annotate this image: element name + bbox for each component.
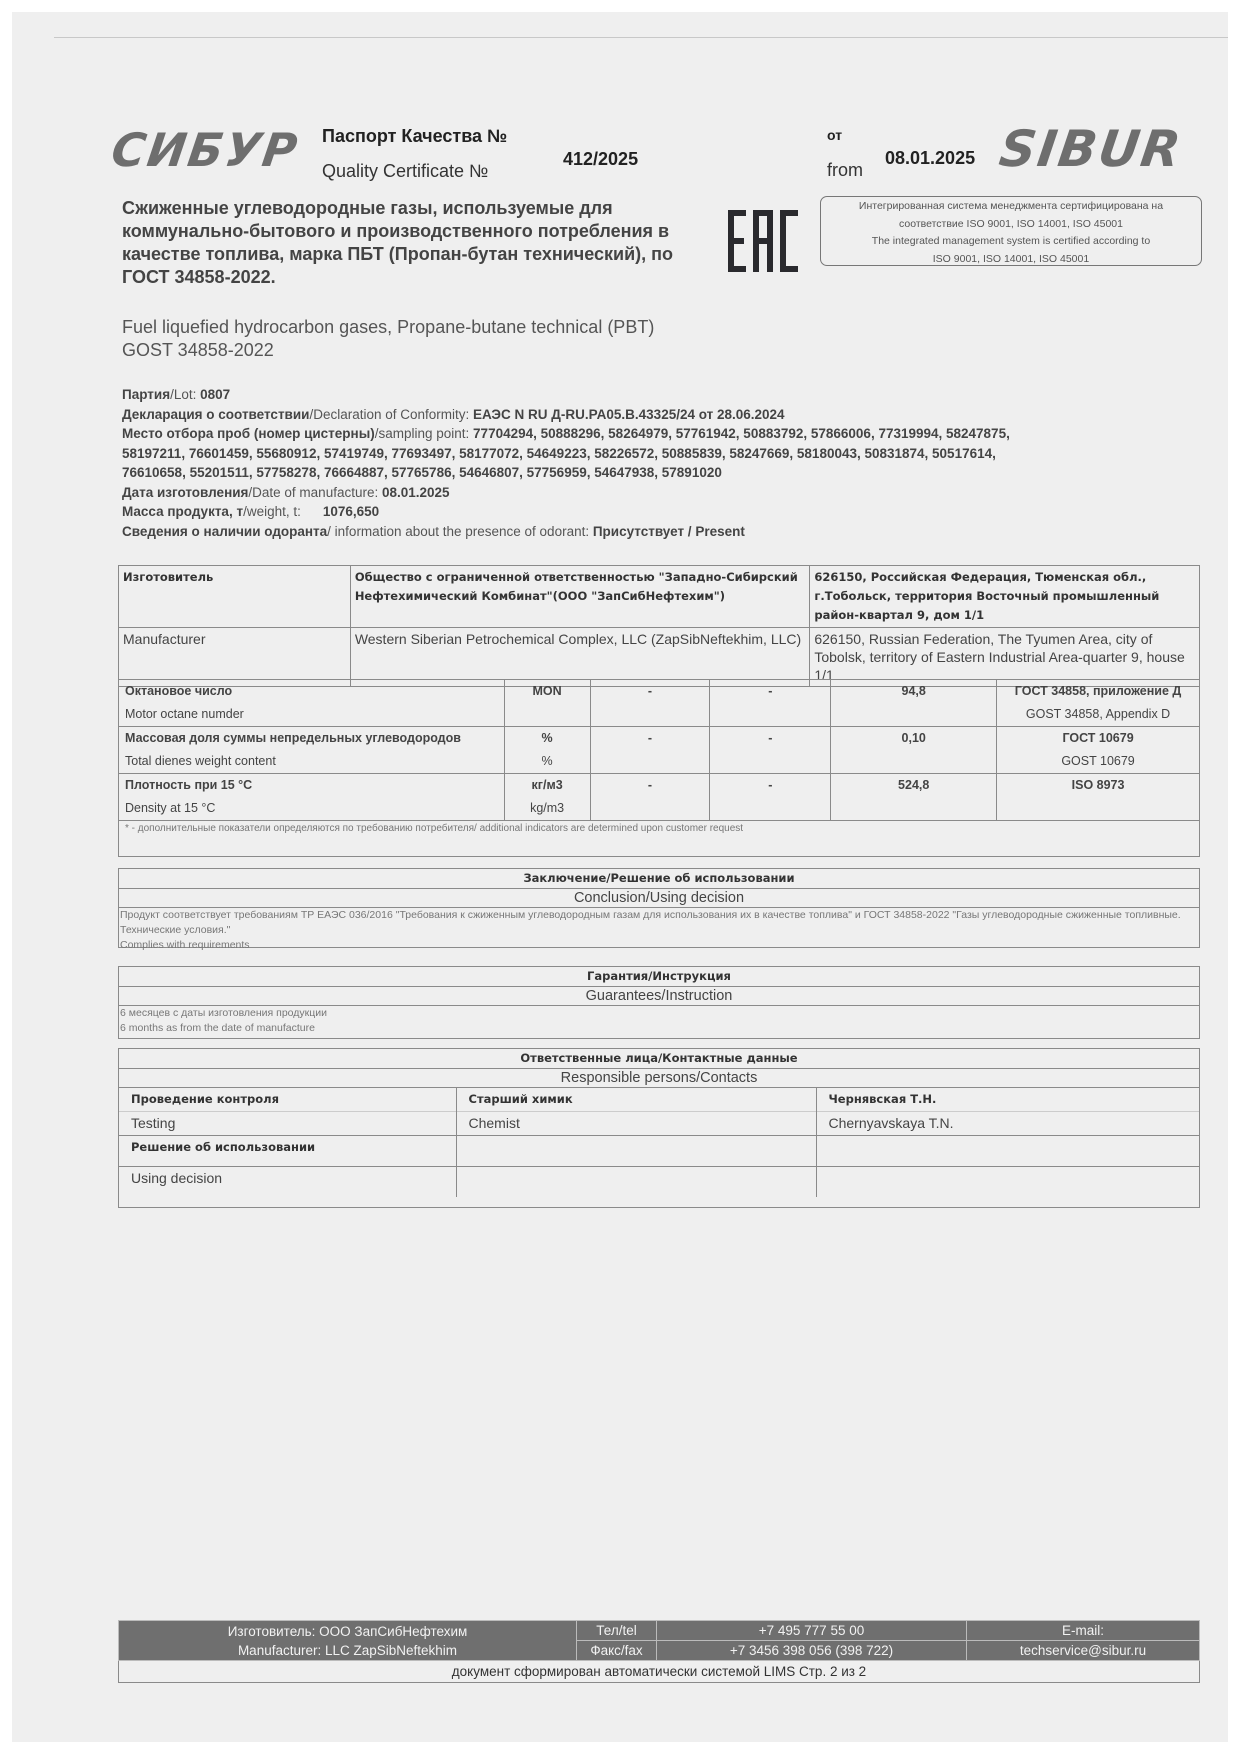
cert-label-ru: Паспорт Качества №	[322, 126, 507, 147]
footer-lims-note: документ сформирован автоматически систе…	[119, 1661, 1200, 1683]
manufacturer-name-ru: Общество с ограниченной ответственностью…	[350, 566, 810, 628]
footer-manufacturer: Изготовитель: ООО ЗапСибНефтехим Manufac…	[119, 1621, 577, 1661]
product-title-en: Fuel liquefied hydrocarbon gases, Propan…	[122, 316, 742, 362]
responsible-person: Чернявская Т.Н.	[816, 1088, 1199, 1112]
page-edge-line	[54, 37, 1228, 38]
iso-line-1: Интегрированная система менеджмента серт…	[821, 198, 1201, 216]
indicator-method: ГОСТ 10679GOST 10679	[997, 727, 1200, 774]
iso-certification-box: Интегрированная система менеджмента серт…	[820, 196, 1202, 266]
declaration-value: ЕАЭС N RU Д-RU.PA05.B.43325/24 от 28.06.…	[473, 407, 785, 422]
responsible-section: Ответственные лица/Контактные данные Res…	[118, 1048, 1200, 1208]
indicator-name: Массовая доля суммы непредельных углевод…	[119, 727, 505, 774]
manufacture-date-value: 08.01.2025	[382, 485, 450, 500]
indicator-col1: -	[590, 774, 710, 821]
indicator-method: ISO 8973	[997, 774, 1200, 821]
responsible-position: Старший химик	[456, 1088, 816, 1112]
product-title-en-line1: Fuel liquefied hydrocarbon gases, Propan…	[122, 316, 742, 339]
manufacture-date-line: Дата изготовления/Date of manufacture: 0…	[122, 483, 1122, 503]
manufacturer-address-en: 626150, Russian Federation, The Tyumen A…	[810, 628, 1200, 687]
responsible-position	[456, 1167, 816, 1198]
indicator-col2: -	[710, 774, 831, 821]
responsible-row: Using decision	[119, 1167, 1199, 1198]
manufacturer-label-en: Manufacturer	[119, 628, 351, 687]
responsible-person	[816, 1167, 1199, 1198]
indicator-row: Октановое числоMotor octane numderMON--9…	[119, 680, 1200, 727]
indicator-row: Плотность при 15 °СDensity at 15 °Cкг/м3…	[119, 774, 1200, 821]
conclusion-title-en: Conclusion/Using decision	[119, 889, 1199, 908]
indicator-col2: -	[710, 727, 831, 774]
footer-email-label: E-mail:	[967, 1621, 1200, 1641]
footer-tel: +7 495 777 55 00	[657, 1621, 967, 1641]
indicator-value: 524,8	[831, 774, 997, 821]
cert-number: 412/2025	[563, 149, 638, 170]
indicators-note-row: * - дополнительные показатели определяют…	[119, 821, 1200, 857]
responsible-role: Testing	[119, 1112, 456, 1136]
conclusion-section: Заключение/Решение об использовании Conc…	[118, 868, 1200, 948]
responsible-role: Проведение контроля	[119, 1088, 456, 1112]
responsible-row: Проведение контроляСтарший химикЧернявск…	[119, 1088, 1199, 1112]
eac-mark-icon	[728, 210, 798, 272]
footer-contacts: Изготовитель: ООО ЗапСибНефтехим Manufac…	[118, 1620, 1200, 1683]
indicator-col1: -	[590, 680, 710, 727]
responsible-title-en: Responsible persons/Contacts	[119, 1068, 1199, 1087]
date-label-en: from	[827, 160, 863, 181]
iso-line-3: The integrated management system is cert…	[821, 233, 1201, 251]
indicator-name: Октановое числоMotor octane numder	[119, 680, 505, 727]
weight-line: Масса продукта, т/weight, t:1076,650	[122, 502, 1122, 522]
responsible-position	[456, 1136, 816, 1167]
conclusion-title-ru: Заключение/Решение об использовании	[119, 869, 1199, 889]
guarantees-section: Гарантия/Инструкция Guarantees/Instructi…	[118, 966, 1200, 1039]
sampling-line: Место отбора проб (номер цистерны)/sampl…	[122, 424, 1022, 483]
guarantees-text-en: 6 months as from the date of manufacture	[119, 1021, 1199, 1036]
indicator-unit: MON	[504, 680, 590, 727]
sibur-logo-en: SIBUR	[996, 124, 1185, 174]
indicator-col1: -	[590, 727, 710, 774]
lot-value: 0807	[200, 387, 230, 402]
indicator-value: 0,10	[831, 727, 997, 774]
odorant-value: Присутствует / Present	[593, 524, 745, 539]
declaration-line: Декларация о соответствии/Declaration of…	[122, 405, 1122, 425]
indicator-method: ГОСТ 34858, приложение ДGOST 34858, Appe…	[997, 680, 1200, 727]
product-title-ru: Сжиженные углеводородные газы, используе…	[122, 197, 722, 289]
lot-line: Партия/Lot: 0807	[122, 385, 1122, 405]
responsible-role: Решение об использовании	[119, 1136, 456, 1167]
weight-value: 1076,650	[323, 504, 379, 519]
manufacturer-table: Изготовитель Общество с ограниченной отв…	[118, 565, 1200, 687]
indicator-row: Массовая доля суммы непредельных углевод…	[119, 727, 1200, 774]
cert-label-en: Quality Certificate №	[322, 161, 488, 182]
responsible-position: Chemist	[456, 1112, 816, 1136]
responsible-row: TestingChemistChernyavskaya T.N.	[119, 1112, 1199, 1136]
indicators-table: Октановое числоMotor octane numderMON--9…	[118, 679, 1200, 857]
responsible-row: Решение об использовании	[119, 1136, 1199, 1167]
footer-email-link[interactable]: techservice@sibur.ru	[967, 1641, 1200, 1661]
iso-line-2: соответствие ISO 9001, ISO 14001, ISO 45…	[821, 216, 1201, 234]
product-title-en-line2: GOST 34858-2022	[122, 339, 742, 362]
lot-info: Партия/Lot: 0807 Декларация о соответств…	[122, 385, 1122, 541]
manufacturer-address-ru: 626150, Российская Федерация, Тюменская …	[810, 566, 1200, 628]
manufacturer-label-ru: Изготовитель	[119, 566, 351, 628]
footer-manufacturer-ru: Изготовитель: ООО ЗапСибНефтехим	[119, 1622, 576, 1641]
responsible-title-ru: Ответственные лица/Контактные данные	[119, 1049, 1199, 1068]
indicator-name: Плотность при 15 °СDensity at 15 °C	[119, 774, 505, 821]
responsible-role: Using decision	[119, 1167, 456, 1198]
guarantees-text-ru: 6 месяцев с даты изготовления продукции	[119, 1006, 1199, 1021]
conclusion-text-en: Complies with requirements	[119, 938, 1199, 953]
cert-date: 08.01.2025	[885, 148, 975, 169]
footer-tel-label: Тел/tel	[577, 1621, 657, 1641]
footer-manufacturer-en: Manufacturer: LLC ZapSibNeftekhim	[119, 1641, 576, 1660]
conclusion-text-ru: Продукт соответствует требованиям ТР ЕАЭ…	[119, 908, 1199, 938]
indicator-value: 94,8	[831, 680, 997, 727]
manufacturer-name-en: Western Siberian Petrochemical Complex, …	[350, 628, 810, 687]
date-label-ru: от	[827, 127, 842, 143]
indicators-note: * - дополнительные показатели определяют…	[119, 821, 1200, 857]
iso-line-4: ISO 9001, ISO 14001, ISO 45001	[821, 251, 1201, 269]
manufacturer-row-en: Manufacturer Western Siberian Petrochemi…	[119, 628, 1200, 687]
indicator-col2: -	[710, 680, 831, 727]
indicator-unit: %%	[504, 727, 590, 774]
manufacturer-row-ru: Изготовитель Общество с ограниченной отв…	[119, 566, 1200, 628]
odorant-line: Сведения о наличии одоранта/ information…	[122, 522, 1122, 542]
responsible-person	[816, 1136, 1199, 1167]
guarantees-title-ru: Гарантия/Инструкция	[119, 967, 1199, 987]
footer-fax-label: Факс/fax	[577, 1641, 657, 1661]
guarantees-title-en: Guarantees/Instruction	[119, 987, 1199, 1006]
responsible-table: Проведение контроляСтарший химикЧернявск…	[119, 1087, 1199, 1197]
sibur-logo-ru: СИБУР	[109, 127, 302, 173]
footer-fax: +7 3456 398 056 (398 722)	[657, 1641, 967, 1661]
indicator-unit: кг/м3kg/m3	[504, 774, 590, 821]
responsible-person: Chernyavskaya T.N.	[816, 1112, 1199, 1136]
